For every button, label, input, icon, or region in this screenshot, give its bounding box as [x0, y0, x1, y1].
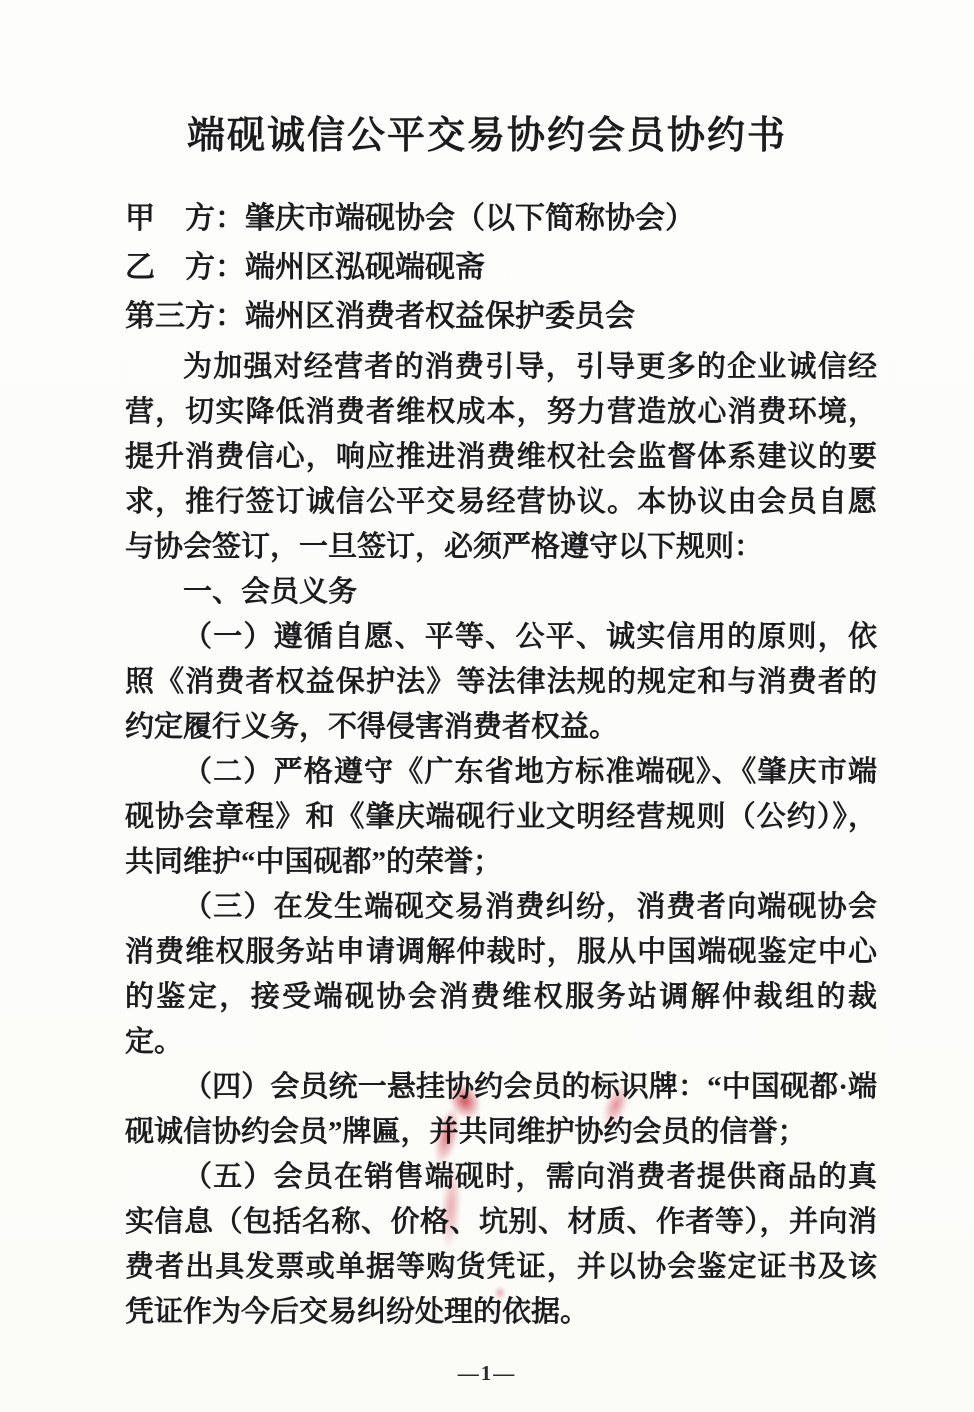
clause-paragraph-3: （三）在发生端砚交易消费纠纷，消费者向端砚协会消费维权服务站申请调解仲裁时，服从… — [125, 885, 877, 1065]
party-name: 端州区消费者权益保护委员会 — [245, 300, 635, 333]
party-line-third: 第三方：端州区消费者权益保护委员会 — [125, 292, 877, 341]
document-page: 端砚诚信公平交易协约会员协约书 甲 方：肇庆市端砚协会（以下简称协会） 乙 方：… — [0, 0, 974, 1412]
document-title: 端砚诚信公平交易协约会员协约书 — [0, 0, 974, 160]
document-body: 为加强对经营者的消费引导，引导更多的企业诚信经营，切实降低消费者维权成本，努力营… — [125, 345, 877, 1335]
intro-paragraph: 为加强对经营者的消费引导，引导更多的企业诚信经营，切实降低消费者维权成本，努力营… — [125, 345, 877, 570]
party-label: 甲 方： — [125, 202, 245, 235]
party-label: 第三方： — [125, 300, 245, 333]
parties-block: 甲 方：肇庆市端砚协会（以下简称协会） 乙 方：端州区泓砚端砚斋 第三方：端州区… — [125, 194, 877, 341]
party-name: 肇庆市端砚协会（以下简称协会） — [245, 202, 695, 235]
clause-paragraph-4: （四）会员统一悬挂协约会员的标识牌：“中国砚都·端砚诚信协约会员”牌匾，并共同维… — [125, 1065, 877, 1155]
page-footer: —1— — [0, 1361, 974, 1386]
clause-paragraph-5: （五）会员在销售端砚时，需向消费者提供商品的真实信息（包括名称、价格、坑别、材质… — [125, 1155, 877, 1335]
party-label: 乙 方： — [125, 251, 245, 284]
party-name: 端州区泓砚端砚斋 — [245, 251, 485, 284]
clause-paragraph-1: （一）遵循自愿、平等、公平、诚实信用的原则，依照《消费者权益保护法》等法律法规的… — [125, 615, 877, 750]
clause-paragraph-2: （二）严格遵守《广东省地方标准端砚》、《肇庆市端砚协会章程》和《肇庆端砚行业文明… — [125, 750, 877, 885]
section-heading: 一、会员义务 — [125, 570, 877, 615]
party-line-yi: 乙 方：端州区泓砚端砚斋 — [125, 243, 877, 292]
page-number: —1— — [458, 1361, 517, 1385]
party-line-jia: 甲 方：肇庆市端砚协会（以下简称协会） — [125, 194, 877, 243]
